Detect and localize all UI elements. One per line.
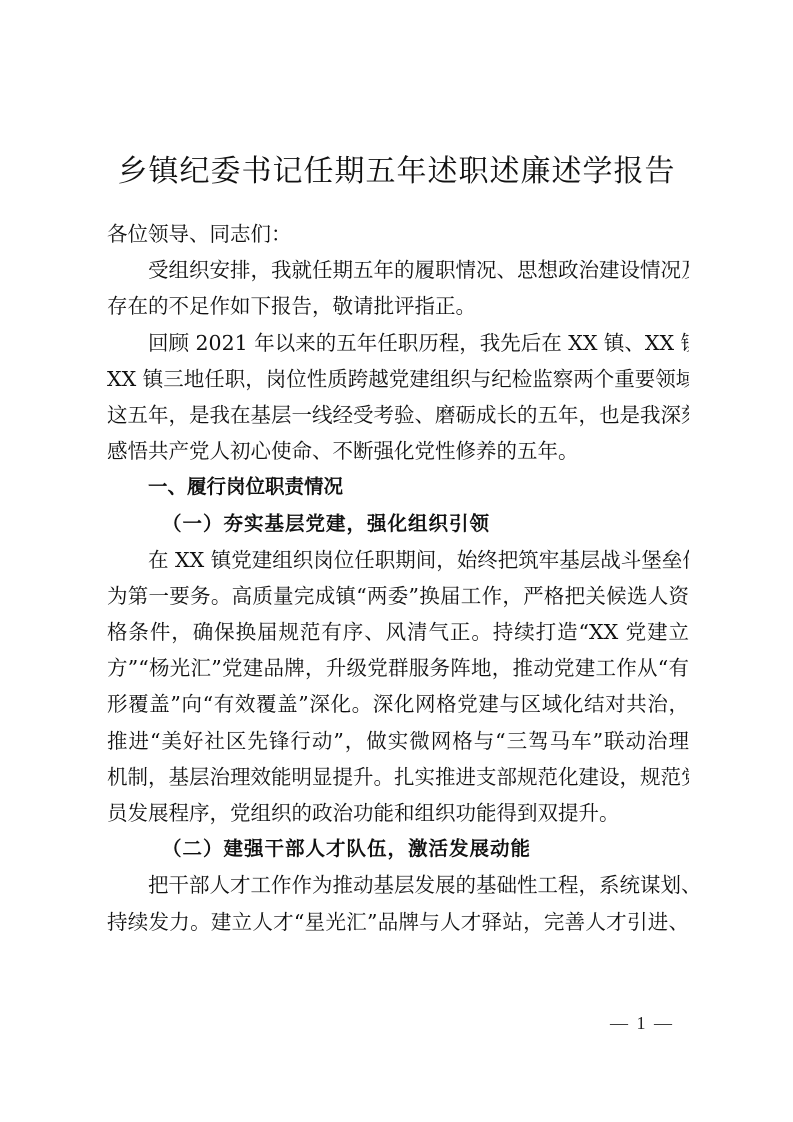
section-heading-1: 一、履行岗位职责情况 <box>107 469 689 505</box>
paragraph-line: 员发展程序，党组织的政治功能和组织功能得到双提升。 <box>107 795 689 831</box>
document-page: 乡镇纪委书记任期五年述职述廉述学报告 各位领导、同志们： 受组织安排，我就任期五… <box>0 0 793 1122</box>
subsection-heading-2: （二）建强干部人才队伍，激活发展动能 <box>107 831 689 867</box>
salutation: 各位领导、同志们： <box>107 216 689 252</box>
paragraph-line: 回顾 2021 年以来的五年任职历程，我先后在 XX 镇、XX 镇、 <box>107 325 689 361</box>
paragraph-line: 为第一要务。高质量完成镇“两委”换届工作，严格把关候选人资 <box>107 578 689 614</box>
paragraph-line: 持续发力。建立人才“星光汇”品牌与人才驿站，完善人才引进、 <box>107 904 689 940</box>
paragraph-line: 格条件，确保换届规范有序、风清气正。持续打造“XX 党建立 <box>107 614 689 650</box>
paragraph-line: 把干部人才工作作为推动基层发展的基础性工程，系统谋划、 <box>107 867 689 903</box>
paragraph-line: 在 XX 镇党建组织岗位任职期间，始终把筑牢基层战斗堡垒作 <box>107 542 689 578</box>
page-number: — 1 — <box>610 1013 674 1034</box>
paragraph-line: 机制，基层治理效能明显提升。扎实推进支部规范化建设，规范党 <box>107 759 689 795</box>
document-title: 乡镇纪委书记任期五年述职述廉述学报告 <box>0 146 793 190</box>
paragraph-line: 感悟共产党人初心使命、不断强化党性修养的五年。 <box>107 433 689 469</box>
paragraph-line: 形覆盖”向“有效覆盖”深化。深化网格党建与区域化结对共治， <box>107 686 689 722</box>
paragraph-line: 这五年，是我在基层一线经受考验、磨砺成长的五年，也是我深刻 <box>107 397 689 433</box>
paragraph-line: 存在的不足作如下报告，敬请批评指正。 <box>107 288 689 324</box>
paragraph-line: 受组织安排，我就任期五年的履职情况、思想政治建设情况及 <box>107 252 689 288</box>
paragraph-line: XX 镇三地任职，岗位性质跨越党建组织与纪检监察两个重要领域。 <box>107 361 689 397</box>
paragraph-line: 方”“杨光汇”党建品牌，升级党群服务阵地，推动党建工作从“有 <box>107 650 689 686</box>
paragraph-line: 推进“美好社区先锋行动”，做实微网格与“三驾马车”联动治理 <box>107 723 689 759</box>
subsection-heading-1: （一）夯实基层党建，强化组织引领 <box>107 506 689 542</box>
document-body: 各位领导、同志们： 受组织安排，我就任期五年的履职情况、思想政治建设情况及 存在… <box>107 216 689 940</box>
